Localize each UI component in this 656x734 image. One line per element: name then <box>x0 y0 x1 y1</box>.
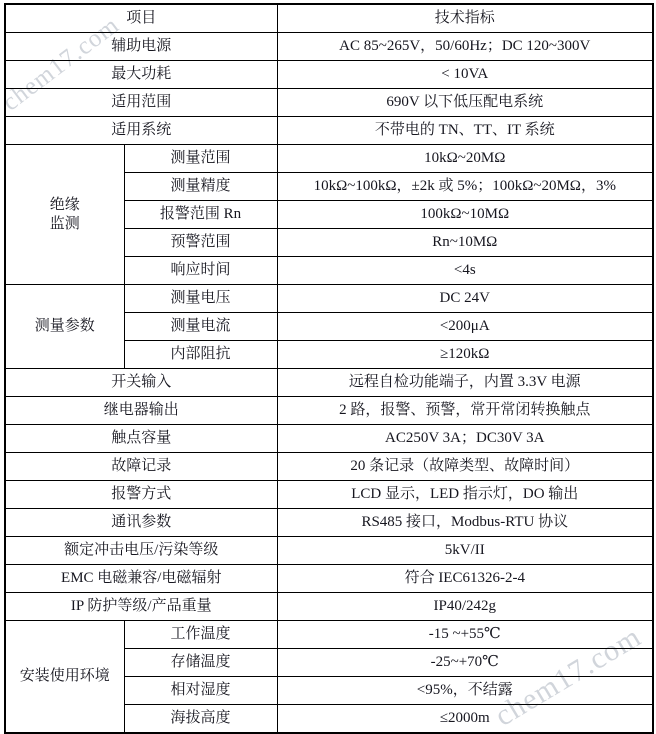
cell-value: < 10VA <box>277 61 653 89</box>
cell-label: 开关输入 <box>5 369 277 397</box>
cell-value: 5kV/II <box>277 537 653 565</box>
cell-sublabel: 测量范围 <box>124 145 277 173</box>
cell-value: AC250V 3A；DC30V 3A <box>277 425 653 453</box>
cell-label: 额定冲击电压/污染等级 <box>5 537 277 565</box>
group-cell-environment: 安装使用环境 <box>5 621 124 734</box>
cell-value: 20 条记录（故障类型、故障时间） <box>277 453 653 481</box>
cell-value: <4s <box>277 257 653 285</box>
table-row: 故障记录 20 条记录（故障类型、故障时间） <box>5 453 653 481</box>
cell-sublabel: 报警范围 Rn <box>124 201 277 229</box>
cell-sublabel: 内部阻抗 <box>124 341 277 369</box>
cell-value: ≤2000m <box>277 705 653 734</box>
cell-value: AC 85~265V，50/60Hz；DC 120~300V <box>277 33 653 61</box>
cell-value: -25~+70℃ <box>277 649 653 677</box>
cell-sublabel: 相对湿度 <box>124 677 277 705</box>
cell-label: 适用范围 <box>5 89 277 117</box>
cell-value: 符合 IEC61326-2-4 <box>277 565 653 593</box>
cell-label: 故障记录 <box>5 453 277 481</box>
spec-sheet-page: chem17.com chem17.com 项目 技术指标 辅助电源 AC 85… <box>0 0 656 734</box>
cell-label: 最大功耗 <box>5 61 277 89</box>
cell-value: -15 ~+55℃ <box>277 621 653 649</box>
cell-sublabel: 测量精度 <box>124 173 277 201</box>
header-item-cell: 项目 <box>5 4 277 33</box>
cell-value: 10kΩ~20MΩ <box>277 145 653 173</box>
cell-value: 100kΩ~10MΩ <box>277 201 653 229</box>
cell-value: Rn~10MΩ <box>277 229 653 257</box>
table-row: EMC 电磁兼容/电磁辐射 符合 IEC61326-2-4 <box>5 565 653 593</box>
cell-value: 2 路，报警、预警，常开常闭转换触点 <box>277 397 653 425</box>
cell-value: 10kΩ~100kΩ，±2k 或 5%；100kΩ~20MΩ，3% <box>277 173 653 201</box>
table-row: 适用系统 不带电的 TN、TT、IT 系统 <box>5 117 653 145</box>
cell-value: 690V 以下低压配电系统 <box>277 89 653 117</box>
cell-sublabel: 测量电流 <box>124 313 277 341</box>
cell-value: 远程自检功能端子，内置 3.3V 电源 <box>277 369 653 397</box>
cell-sublabel: 预警范围 <box>124 229 277 257</box>
table-row: 绝缘 监测 测量范围 10kΩ~20MΩ <box>5 145 653 173</box>
cell-value: RS485 接口，Modbus-RTU 协议 <box>277 509 653 537</box>
cell-sublabel: 存储温度 <box>124 649 277 677</box>
table-row: 安装使用环境 工作温度 -15 ~+55℃ <box>5 621 653 649</box>
table-row: 额定冲击电压/污染等级 5kV/II <box>5 537 653 565</box>
table-row: 开关输入 远程自检功能端子，内置 3.3V 电源 <box>5 369 653 397</box>
cell-value: DC 24V <box>277 285 653 313</box>
cell-label: 辅助电源 <box>5 33 277 61</box>
table-row: 继电器输出 2 路，报警、预警，常开常闭转换触点 <box>5 397 653 425</box>
table-row: 触点容量 AC250V 3A；DC30V 3A <box>5 425 653 453</box>
cell-sublabel: 海拔高度 <box>124 705 277 734</box>
table-row: IP 防护等级/产品重量 IP40/242g <box>5 593 653 621</box>
cell-value: IP40/242g <box>277 593 653 621</box>
cell-value: <200μA <box>277 313 653 341</box>
table-row: 通讯参数 RS485 接口，Modbus-RTU 协议 <box>5 509 653 537</box>
cell-sublabel: 响应时间 <box>124 257 277 285</box>
header-spec-cell: 技术指标 <box>277 4 653 33</box>
cell-value: LCD 显示，LED 指示灯，DO 输出 <box>277 481 653 509</box>
table-row: 测量参数 测量电压 DC 24V <box>5 285 653 313</box>
cell-value: <95%，不结露 <box>277 677 653 705</box>
group-cell-measurement: 测量参数 <box>5 285 124 369</box>
cell-label: 触点容量 <box>5 425 277 453</box>
cell-label: 通讯参数 <box>5 509 277 537</box>
table-row: 适用范围 690V 以下低压配电系统 <box>5 89 653 117</box>
cell-label: 继电器输出 <box>5 397 277 425</box>
table-header-row: 项目 技术指标 <box>5 4 653 33</box>
cell-sublabel: 工作温度 <box>124 621 277 649</box>
spec-table: 项目 技术指标 辅助电源 AC 85~265V，50/60Hz；DC 120~3… <box>4 3 654 734</box>
table-row: 最大功耗 < 10VA <box>5 61 653 89</box>
cell-label: IP 防护等级/产品重量 <box>5 593 277 621</box>
table-row: 报警方式 LCD 显示，LED 指示灯，DO 输出 <box>5 481 653 509</box>
cell-sublabel: 测量电压 <box>124 285 277 313</box>
cell-value: 不带电的 TN、TT、IT 系统 <box>277 117 653 145</box>
cell-label: EMC 电磁兼容/电磁辐射 <box>5 565 277 593</box>
cell-label: 报警方式 <box>5 481 277 509</box>
cell-value: ≥120kΩ <box>277 341 653 369</box>
table-row: 辅助电源 AC 85~265V，50/60Hz；DC 120~300V <box>5 33 653 61</box>
group-cell-insulation: 绝缘 监测 <box>5 145 124 285</box>
cell-label: 适用系统 <box>5 117 277 145</box>
